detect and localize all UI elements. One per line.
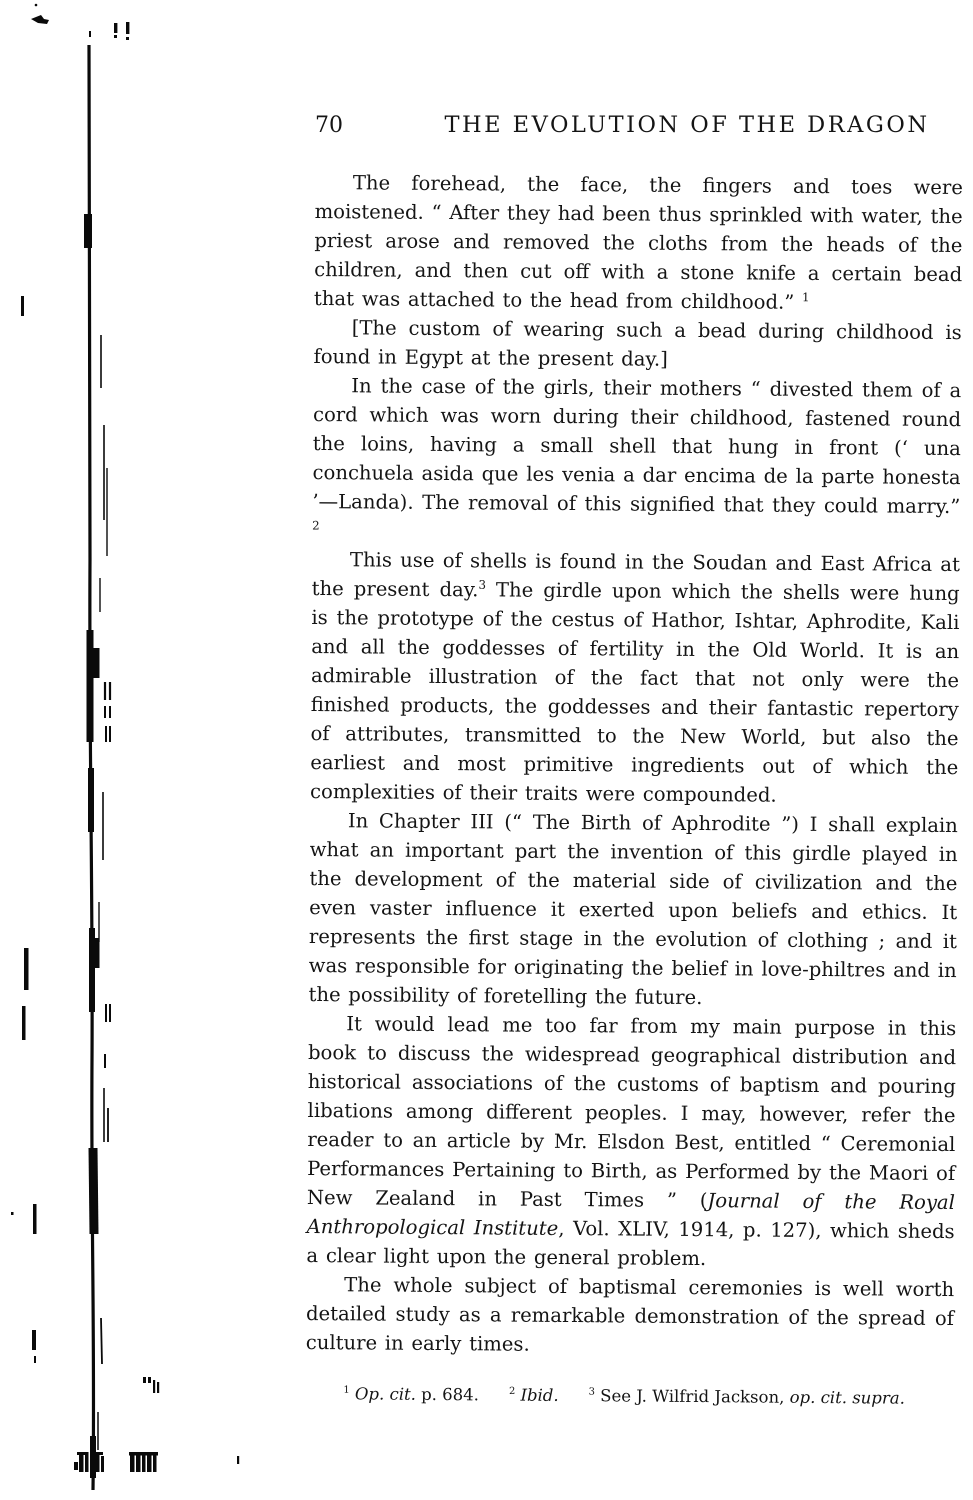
paragraph: In the case of the girls, their mothers … [312,371,961,550]
footnote-item: 2 Ibid. [509,1386,559,1405]
page-header: 70 THE EVOLUTION OF THE DRAGON [315,112,963,138]
paragraph: This use of shells is found in the Souda… [310,545,960,811]
running-title: THE EVOLUTION OF THE DRAGON [411,112,963,138]
smudge-mark [31,15,49,24]
footnote-item: 1 Op. cit. p. 684. [343,1384,479,1404]
page-content: 70 THE EVOLUTION OF THE DRAGON The foreh… [315,112,963,1405]
scanned-book-page: { "colors": { "paper": "#ffffff", "ink":… [0,0,973,1500]
paragraph: [The custom of wearing such a bead durin… [313,313,961,376]
page-number: 70 [315,113,411,138]
paragraphs-container: The forehead, the face, the fingers and … [306,168,963,1362]
paragraph: In Chapter III (“ The Birth of Aphrodite… [308,806,958,1014]
body-text-block: The forehead, the face, the fingers and … [305,168,963,1410]
paragraph: The whole subject of baptismal ceremonie… [306,1270,955,1362]
footnote-item: 3 See J. Wilfrid Jackson, op. cit. supra… [589,1386,905,1407]
paragraph: The forehead, the face, the fingers and … [314,168,963,318]
paragraph: It would lead me too far from my main pu… [306,1009,956,1275]
footnote-line: 1 Op. cit. p. 684.2 Ibid.3 See J. Wilfri… [305,1383,953,1410]
gutter-line [89,45,94,1490]
